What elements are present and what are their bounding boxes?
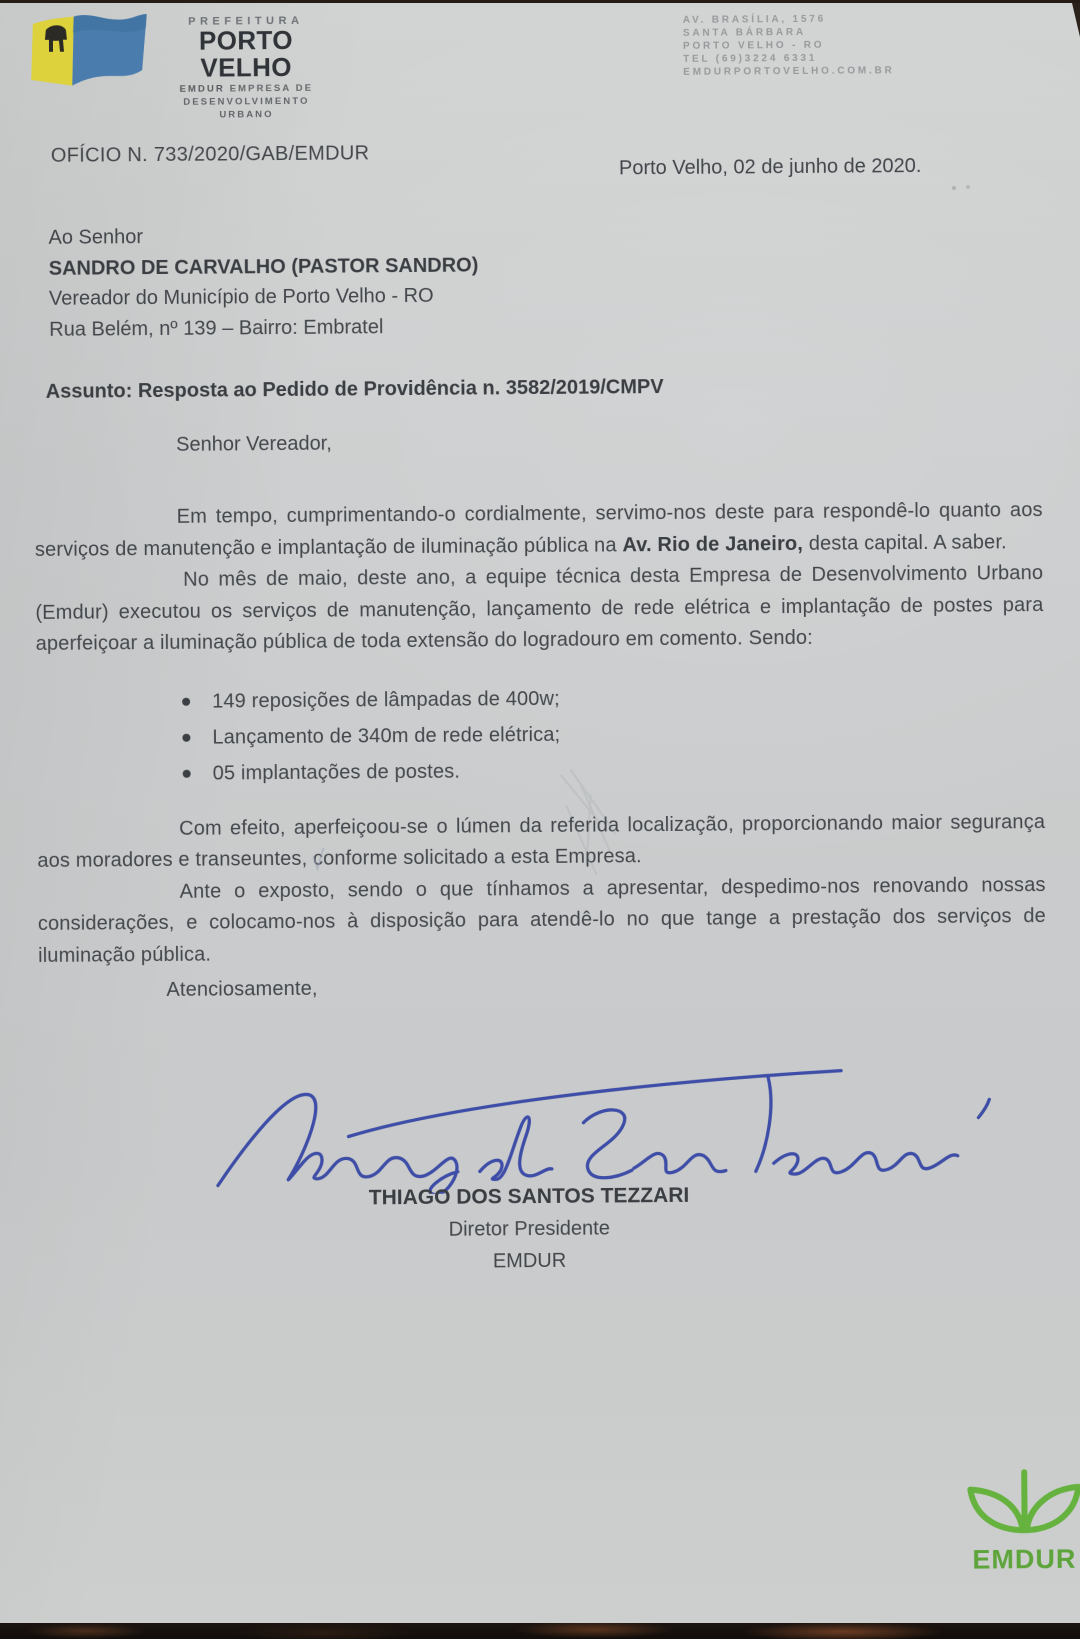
signer-name: THIAGO DOS SANTOS TEZZARI <box>334 1180 724 1215</box>
signature-block: THIAGO DOS SANTOS TEZZARI Diretor Presid… <box>334 1180 725 1279</box>
org-rest: EMPRESA DE <box>230 82 314 94</box>
address-line: EMDURPORTOVELHO.COM.BR <box>683 64 895 79</box>
recipient-title: Vereador do Município de Porto Velho - R… <box>49 280 479 314</box>
list-item-text: 149 reposições de lâmpadas de 400w; <box>212 687 560 712</box>
letter-body: Em tempo, cumprimentando-o cordialmente,… <box>35 495 1047 1007</box>
closing: Atenciosamente, <box>38 968 1046 1007</box>
org-emdur: EMDUR <box>179 83 224 94</box>
paragraph-1: Em tempo, cumprimentando-o cordialmente,… <box>35 495 1043 566</box>
recipient-address: Rua Belém, nº 139 – Bairro: Embratel <box>49 311 479 345</box>
paragraph-1-tail: desta capital. A saber. <box>803 531 1007 555</box>
pen-tick-mark <box>309 847 329 873</box>
bullet-icon <box>182 697 190 705</box>
header-logo-text: PREFEITURA PORTO VELHO EMDUR EMPRESA DE … <box>153 15 340 123</box>
table-surface <box>0 1623 1080 1639</box>
org-line-3: URBANO <box>153 108 339 123</box>
signer-org: EMDUR <box>334 1244 724 1279</box>
pencil-smudge <box>541 764 662 885</box>
city-wordmark: PORTO VELHO <box>153 27 339 83</box>
handwritten-signature <box>203 1049 1004 1195</box>
paragraph-2: No mês de maio, deste ano, a equipe técn… <box>35 558 1044 660</box>
recipient-name: SANDRO DE CARVALHO (PASTOR SANDRO) <box>49 250 479 284</box>
paper-speck <box>966 185 970 189</box>
scanned-letter-page: PREFEITURA PORTO VELHO EMDUR EMPRESA DE … <box>0 3 1080 1623</box>
bullet-icon <box>182 733 190 741</box>
recipient-salutation: Ao Senhor <box>48 219 478 253</box>
bullet-icon <box>183 769 191 777</box>
oficio-number: OFÍCIO N. 733/2020/GAB/EMDUR <box>51 142 370 168</box>
list-item-text: Lançamento de 340m de rede elétrica; <box>212 723 560 748</box>
sprout-icon <box>965 1467 1080 1534</box>
emdur-wordmark: EMDUR <box>962 1544 1080 1576</box>
signer-role: Diretor Presidente <box>334 1212 724 1247</box>
greeting: Senhor Vereador, <box>176 433 332 457</box>
letter-content: PREFEITURA PORTO VELHO EMDUR EMPRESA DE … <box>0 3 1080 1623</box>
list-item-text: 05 implantações de postes. <box>213 760 461 784</box>
dateline: Porto Velho, 02 de junho de 2020. <box>619 155 922 180</box>
recipient-block: Ao Senhor SANDRO DE CARVALHO (PASTOR SAN… <box>48 219 479 344</box>
header-address-block: AV. BRASÍLIA, 1576 SANTA BÁRBARA PORTO V… <box>683 12 895 79</box>
paper-speck <box>952 186 956 190</box>
org-line-1: EMDUR EMPRESA DE <box>153 81 339 96</box>
subject-line: Assunto: Resposta ao Pedido de Providênc… <box>46 376 664 404</box>
porto-velho-flag-icon <box>21 8 164 103</box>
paragraph-1-bold: Av. Rio de Janeiro, <box>622 532 803 555</box>
emdur-footer-logo: EMDUR <box>961 1467 1080 1576</box>
